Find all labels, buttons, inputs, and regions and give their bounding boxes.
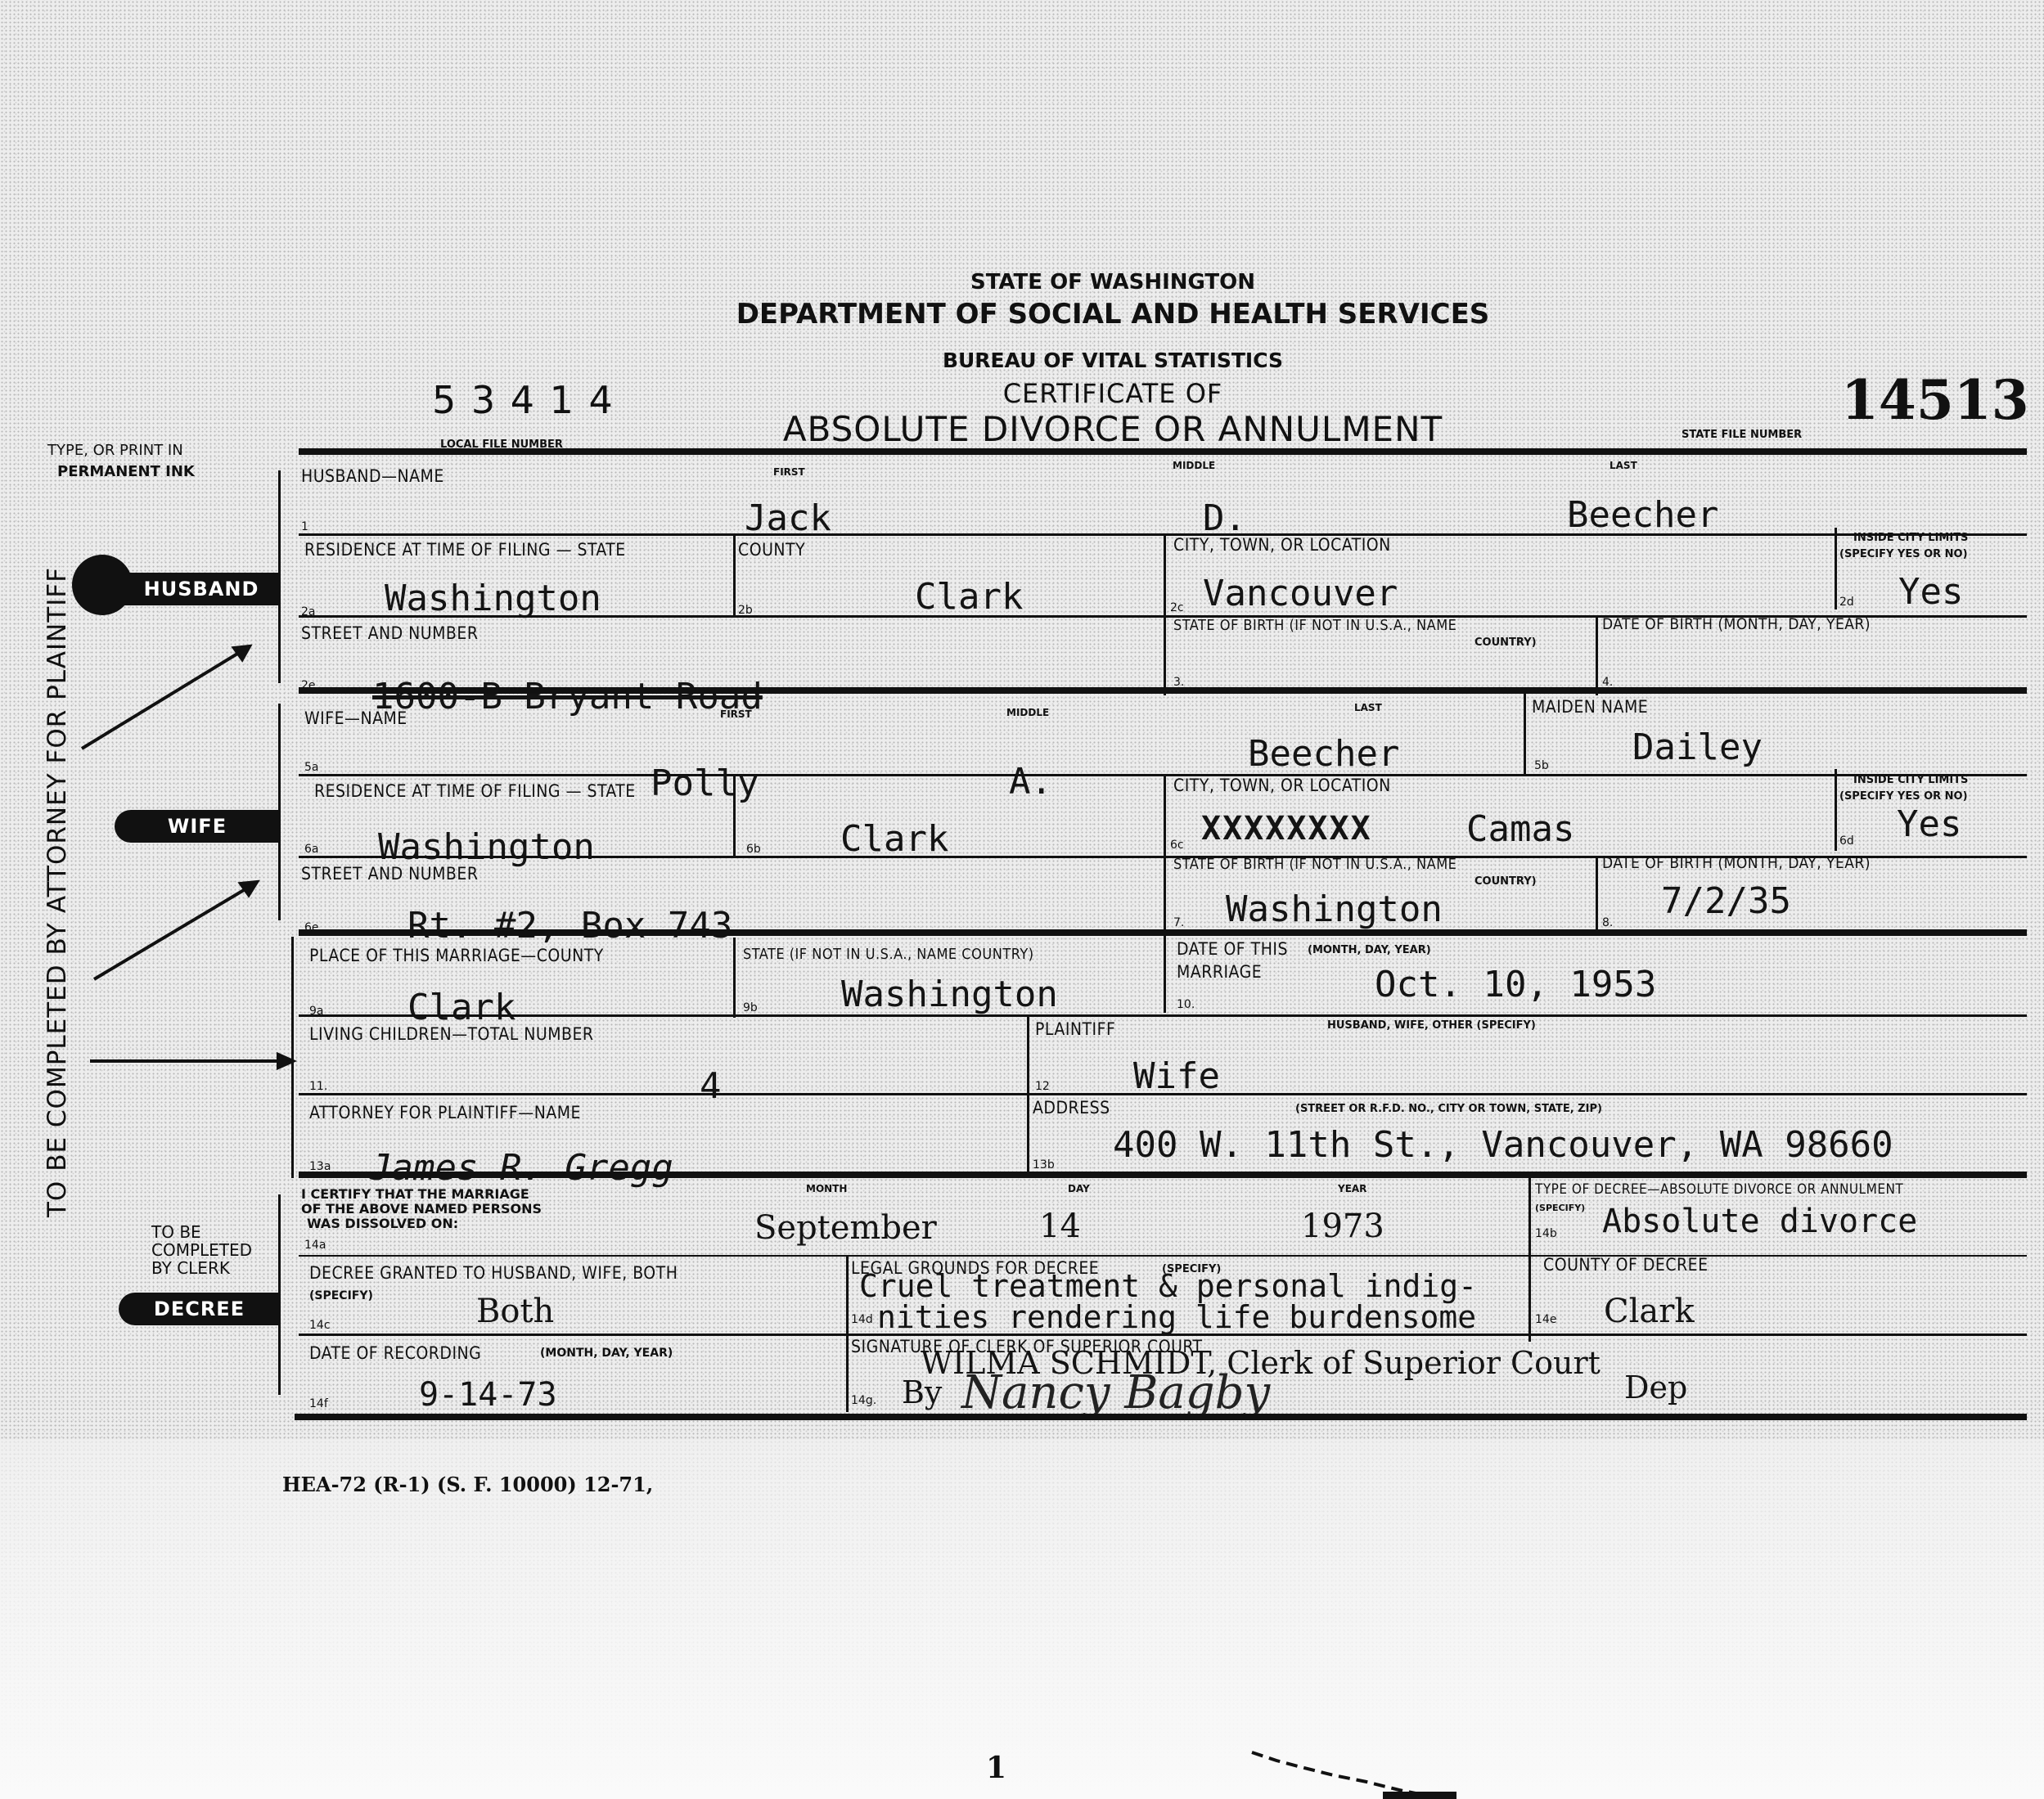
wife-state-of-birth[interactable]: Washington <box>1226 888 1443 930</box>
husband-inside-city-label-2: (SPECIFY YES OR NO) <box>1839 548 1968 560</box>
certificate-of-heading: CERTIFICATE OF <box>867 378 1358 409</box>
divider <box>733 938 736 1018</box>
wife-name-label: WIFE—NAME <box>304 708 407 728</box>
marriage-date-label: DATE OF THIS <box>1177 939 1288 959</box>
divider <box>733 536 736 618</box>
decree-year[interactable]: 1973 <box>1301 1208 1384 1245</box>
stray-mark <box>1244 1743 1456 1799</box>
wife-last-name[interactable]: Beecher <box>1248 733 1399 775</box>
top-rule <box>299 448 2027 455</box>
frame-left-1 <box>278 470 281 683</box>
field-10-num: 10. <box>1177 998 1195 1011</box>
field-13b-num: 13b <box>1033 1158 1055 1172</box>
field-14b-num: 14b <box>1535 1227 1557 1240</box>
bureau-heading: BUREAU OF VITAL STATISTICS <box>818 349 1407 372</box>
field-6d-num: 6d <box>1839 834 1854 848</box>
husband-residence-state-label: RESIDENCE AT TIME OF FILING — STATE <box>304 540 626 560</box>
clerk-note-1: TO BE <box>151 1222 201 1242</box>
plaintiff-format-label: HUSBAND, WIFE, OTHER (SPECIFY) <box>1327 1019 1536 1032</box>
divider <box>1835 769 1837 851</box>
field-8-num: 8. <box>1602 916 1613 929</box>
husband-county[interactable]: Clark <box>915 576 1023 618</box>
marriage-county[interactable]: Clark <box>407 987 516 1028</box>
state-file-number: 14513 <box>1841 368 2029 432</box>
certify-line-1: I CERTIFY THAT THE MARRIAGE <box>301 1186 529 1202</box>
husband-name-label: HUSBAND—NAME <box>301 466 444 486</box>
wife-first-name[interactable]: Polly <box>651 762 759 804</box>
decree-granted-to[interactable]: Both <box>476 1293 554 1330</box>
marriage-date[interactable]: Oct. 10, 1953 <box>1375 964 1656 1005</box>
rule <box>299 1014 2027 1017</box>
divider <box>1596 615 1598 695</box>
attorney-address-label: ADDRESS <box>1033 1098 1110 1118</box>
marriage-state[interactable]: Washington <box>841 974 1058 1015</box>
certify-line-2: OF THE ABOVE NAMED PERSONS <box>301 1201 542 1217</box>
marriage-section-bottom-rule <box>299 1172 2027 1178</box>
divider <box>1596 856 1598 933</box>
rule <box>299 533 2027 536</box>
county-of-decree[interactable]: Clark <box>1604 1293 1695 1330</box>
wife-middle-label: MIDDLE <box>1006 707 1049 718</box>
field-5a-num: 5a <box>304 761 319 774</box>
husband-residence-state[interactable]: Washington <box>385 578 601 619</box>
husband-first-label: FIRST <box>773 466 805 478</box>
husband-street[interactable]: 1600-B Bryant Road <box>372 676 763 717</box>
husband-county-label: COUNTY <box>738 540 805 560</box>
deputy-signature: Nancy Bagby <box>961 1366 1270 1419</box>
field-2c-num: 2c <box>1170 601 1184 614</box>
wife-inside-city-label: INSIDE CITY LIMITS <box>1853 774 1968 786</box>
document-title: ABSOLUTE DIVORCE OR ANNULMENT <box>704 409 1522 449</box>
husband-dob-label: DATE OF BIRTH (MONTH, DAY, YEAR) <box>1602 615 1871 633</box>
field-14e-num: 14e <box>1535 1313 1556 1326</box>
wife-residence-state[interactable]: Washington <box>378 826 595 868</box>
wife-state-birth-label: STATE OF BIRTH (IF NOT IN U.S.A., NAME <box>1173 856 1456 873</box>
wife-street[interactable]: Rt. #2, Box 743 <box>407 905 732 947</box>
attorney-address[interactable]: 400 W. 11th St., Vancouver, WA 98660 <box>1113 1124 1893 1166</box>
plaintiff[interactable]: Wife <box>1133 1055 1220 1097</box>
husband-street-label: STREET AND NUMBER <box>301 623 478 643</box>
husband-middle-label: MIDDLE <box>1173 460 1215 471</box>
instruction-line-1: TYPE, OR PRINT IN <box>47 442 183 459</box>
county-of-decree-label: COUNTY OF DECREE <box>1543 1255 1709 1275</box>
wife-maiden-label: MAIDEN NAME <box>1532 697 1648 717</box>
husband-section-tab: HUSBAND <box>123 573 280 605</box>
form-bottom-rule <box>295 1414 2027 1420</box>
field-6b-num: 6b <box>746 843 761 856</box>
divider <box>1164 933 1166 1013</box>
frame-left-2 <box>278 704 281 920</box>
marriage-date-format-label: (MONTH, DAY, YEAR) <box>1308 944 1431 956</box>
husband-last-name[interactable]: Beecher <box>1567 494 1718 536</box>
rule <box>299 1334 2027 1336</box>
form-number: HEA-72 (R-1) (S. F. 10000) 12-71, <box>282 1473 653 1496</box>
department-heading: DEPARTMENT OF SOCIAL AND HEALTH SERVICES <box>704 298 1522 331</box>
husband-inside-city-label: INSIDE CITY LIMITS <box>1853 532 1968 544</box>
attorney-name-label: ATTORNEY FOR PLAINTIFF—NAME <box>309 1103 581 1122</box>
frame-left-3 <box>291 937 294 1178</box>
wife-city-label: CITY, TOWN, OR LOCATION <box>1173 776 1391 795</box>
wife-county[interactable]: Clark <box>840 818 948 860</box>
marriage-date-label-2: MARRIAGE <box>1177 962 1262 982</box>
deputy-label: Dep <box>1624 1369 1687 1405</box>
decree-month-label: MONTH <box>806 1183 847 1194</box>
field-11-num: 11. <box>309 1080 327 1093</box>
plaintiff-label: PLAINTIFF <box>1035 1019 1115 1039</box>
wife-inside-city-limits[interactable]: Yes <box>1897 803 1961 845</box>
living-children[interactable]: 4 <box>700 1065 722 1107</box>
wife-first-label: FIRST <box>720 708 752 720</box>
wife-last-label: LAST <box>1354 702 1382 713</box>
decree-type[interactable]: Absolute divorce <box>1602 1203 1917 1240</box>
rule <box>299 1093 2027 1095</box>
wife-city[interactable]: Camas <box>1466 808 1574 850</box>
field-1-num: 1 <box>301 520 308 533</box>
husband-country-label: COUNTRY) <box>1474 636 1537 649</box>
husband-section-bottom-rule <box>299 687 2027 694</box>
wife-maiden-name[interactable]: Dailey <box>1632 726 1763 768</box>
recording-date[interactable]: 9-14-73 <box>419 1376 557 1414</box>
husband-state-birth-label: STATE OF BIRTH (IF NOT IN U.S.A., NAME <box>1173 617 1456 634</box>
by-label: By <box>902 1374 942 1410</box>
rule <box>299 774 2027 776</box>
field-14c-num: 14c <box>309 1319 331 1332</box>
marriage-state-label: STATE (IF NOT IN U.S.A., NAME COUNTRY) <box>743 946 1034 963</box>
recording-date-format-label: (MONTH, DAY, YEAR) <box>540 1347 673 1360</box>
decree-year-label: YEAR <box>1338 1183 1366 1194</box>
wife-dob-label: DATE OF BIRTH (MONTH, DAY, YEAR) <box>1602 854 1871 872</box>
wife-city-struck: XXXXXXXX <box>1201 810 1372 848</box>
wife-middle-name[interactable]: A. <box>1009 761 1052 803</box>
frame-left-4 <box>278 1194 281 1395</box>
divider <box>1528 1178 1531 1342</box>
decree-section-tab: DECREE <box>119 1293 280 1325</box>
wife-date-of-birth[interactable]: 7/2/35 <box>1661 880 1791 922</box>
field-2d-num: 2d <box>1839 596 1854 609</box>
field-14f-num: 14f <box>309 1397 328 1410</box>
field-14g-num: 14g. <box>851 1394 876 1407</box>
arrow-icons <box>74 622 311 1080</box>
decree-month[interactable]: September <box>754 1209 937 1247</box>
field-12-num: 12 <box>1035 1080 1050 1093</box>
divider <box>1524 694 1526 774</box>
field-6c-num: 6c <box>1170 839 1184 852</box>
living-children-label: LIVING CHILDREN—TOTAL NUMBER <box>309 1024 594 1044</box>
state-file-number-label: STATE FILE NUMBER <box>1682 429 1802 441</box>
divider <box>1027 1016 1029 1178</box>
field-6a-num: 6a <box>304 843 319 856</box>
clerk-note-2: COMPLETED <box>151 1240 252 1260</box>
field-14a-num: 14a <box>304 1239 326 1252</box>
certify-line-3: WAS DISSOLVED ON: <box>307 1216 458 1231</box>
divider <box>1164 774 1166 933</box>
husband-city-label: CITY, TOWN, OR LOCATION <box>1173 535 1391 555</box>
instruction-line-2: PERMANENT INK <box>57 463 195 480</box>
decree-day-label: DAY <box>1068 1183 1090 1194</box>
husband-last-label: LAST <box>1610 460 1637 471</box>
wife-country-label: COUNTRY) <box>1474 875 1537 888</box>
attorney-address-format-label: (STREET OR R.F.D. NO., CITY OR TOWN, STA… <box>1295 1103 1602 1115</box>
field-9b-num: 9b <box>743 1001 758 1014</box>
wife-section-bottom-rule <box>299 929 2027 936</box>
wife-inside-city-label-2: (SPECIFY YES OR NO) <box>1839 790 1968 803</box>
legal-grounds-line-2[interactable]: nities rendering life burdensome <box>877 1299 1476 1335</box>
field-14d-num: 14d <box>851 1313 873 1326</box>
decree-type-specify-label: (SPECIFY) <box>1535 1203 1585 1213</box>
divider <box>733 776 736 857</box>
wife-street-label: STREET AND NUMBER <box>301 864 478 884</box>
local-file-number: 5 3 4 1 4 <box>432 378 615 422</box>
rule <box>299 1255 2027 1257</box>
attorney-name[interactable]: James R. Gregg <box>370 1147 673 1189</box>
field-7-num: 7. <box>1173 916 1184 929</box>
marriage-county-label: PLACE OF THIS MARRIAGE—COUNTY <box>309 946 604 965</box>
wife-residence-state-label: RESIDENCE AT TIME OF FILING — STATE <box>314 781 636 801</box>
page-mark: 1 <box>986 1751 1006 1785</box>
field-5b-num: 5b <box>1534 759 1549 772</box>
vertical-attorney-label: TO BE COMPLETED BY ATTORNEY FOR PLAINTIF… <box>43 579 72 1217</box>
clerk-note-3: BY CLERK <box>151 1258 230 1278</box>
recording-date-label: DATE OF RECORDING <box>309 1343 481 1363</box>
decree-granted-specify-label: (SPECIFY) <box>309 1289 373 1302</box>
decree-day[interactable]: 14 <box>1039 1208 1081 1245</box>
husband-city[interactable]: Vancouver <box>1203 573 1398 614</box>
divider <box>1835 528 1837 609</box>
decree-type-label: TYPE OF DECREE—ABSOLUTE DIVORCE OR ANNUL… <box>1535 1181 1903 1198</box>
decree-granted-label: DECREE GRANTED TO HUSBAND, WIFE, BOTH <box>309 1263 678 1283</box>
state-heading: STATE OF WASHINGTON <box>818 270 1407 295</box>
husband-inside-city-limits[interactable]: Yes <box>1898 571 1963 613</box>
